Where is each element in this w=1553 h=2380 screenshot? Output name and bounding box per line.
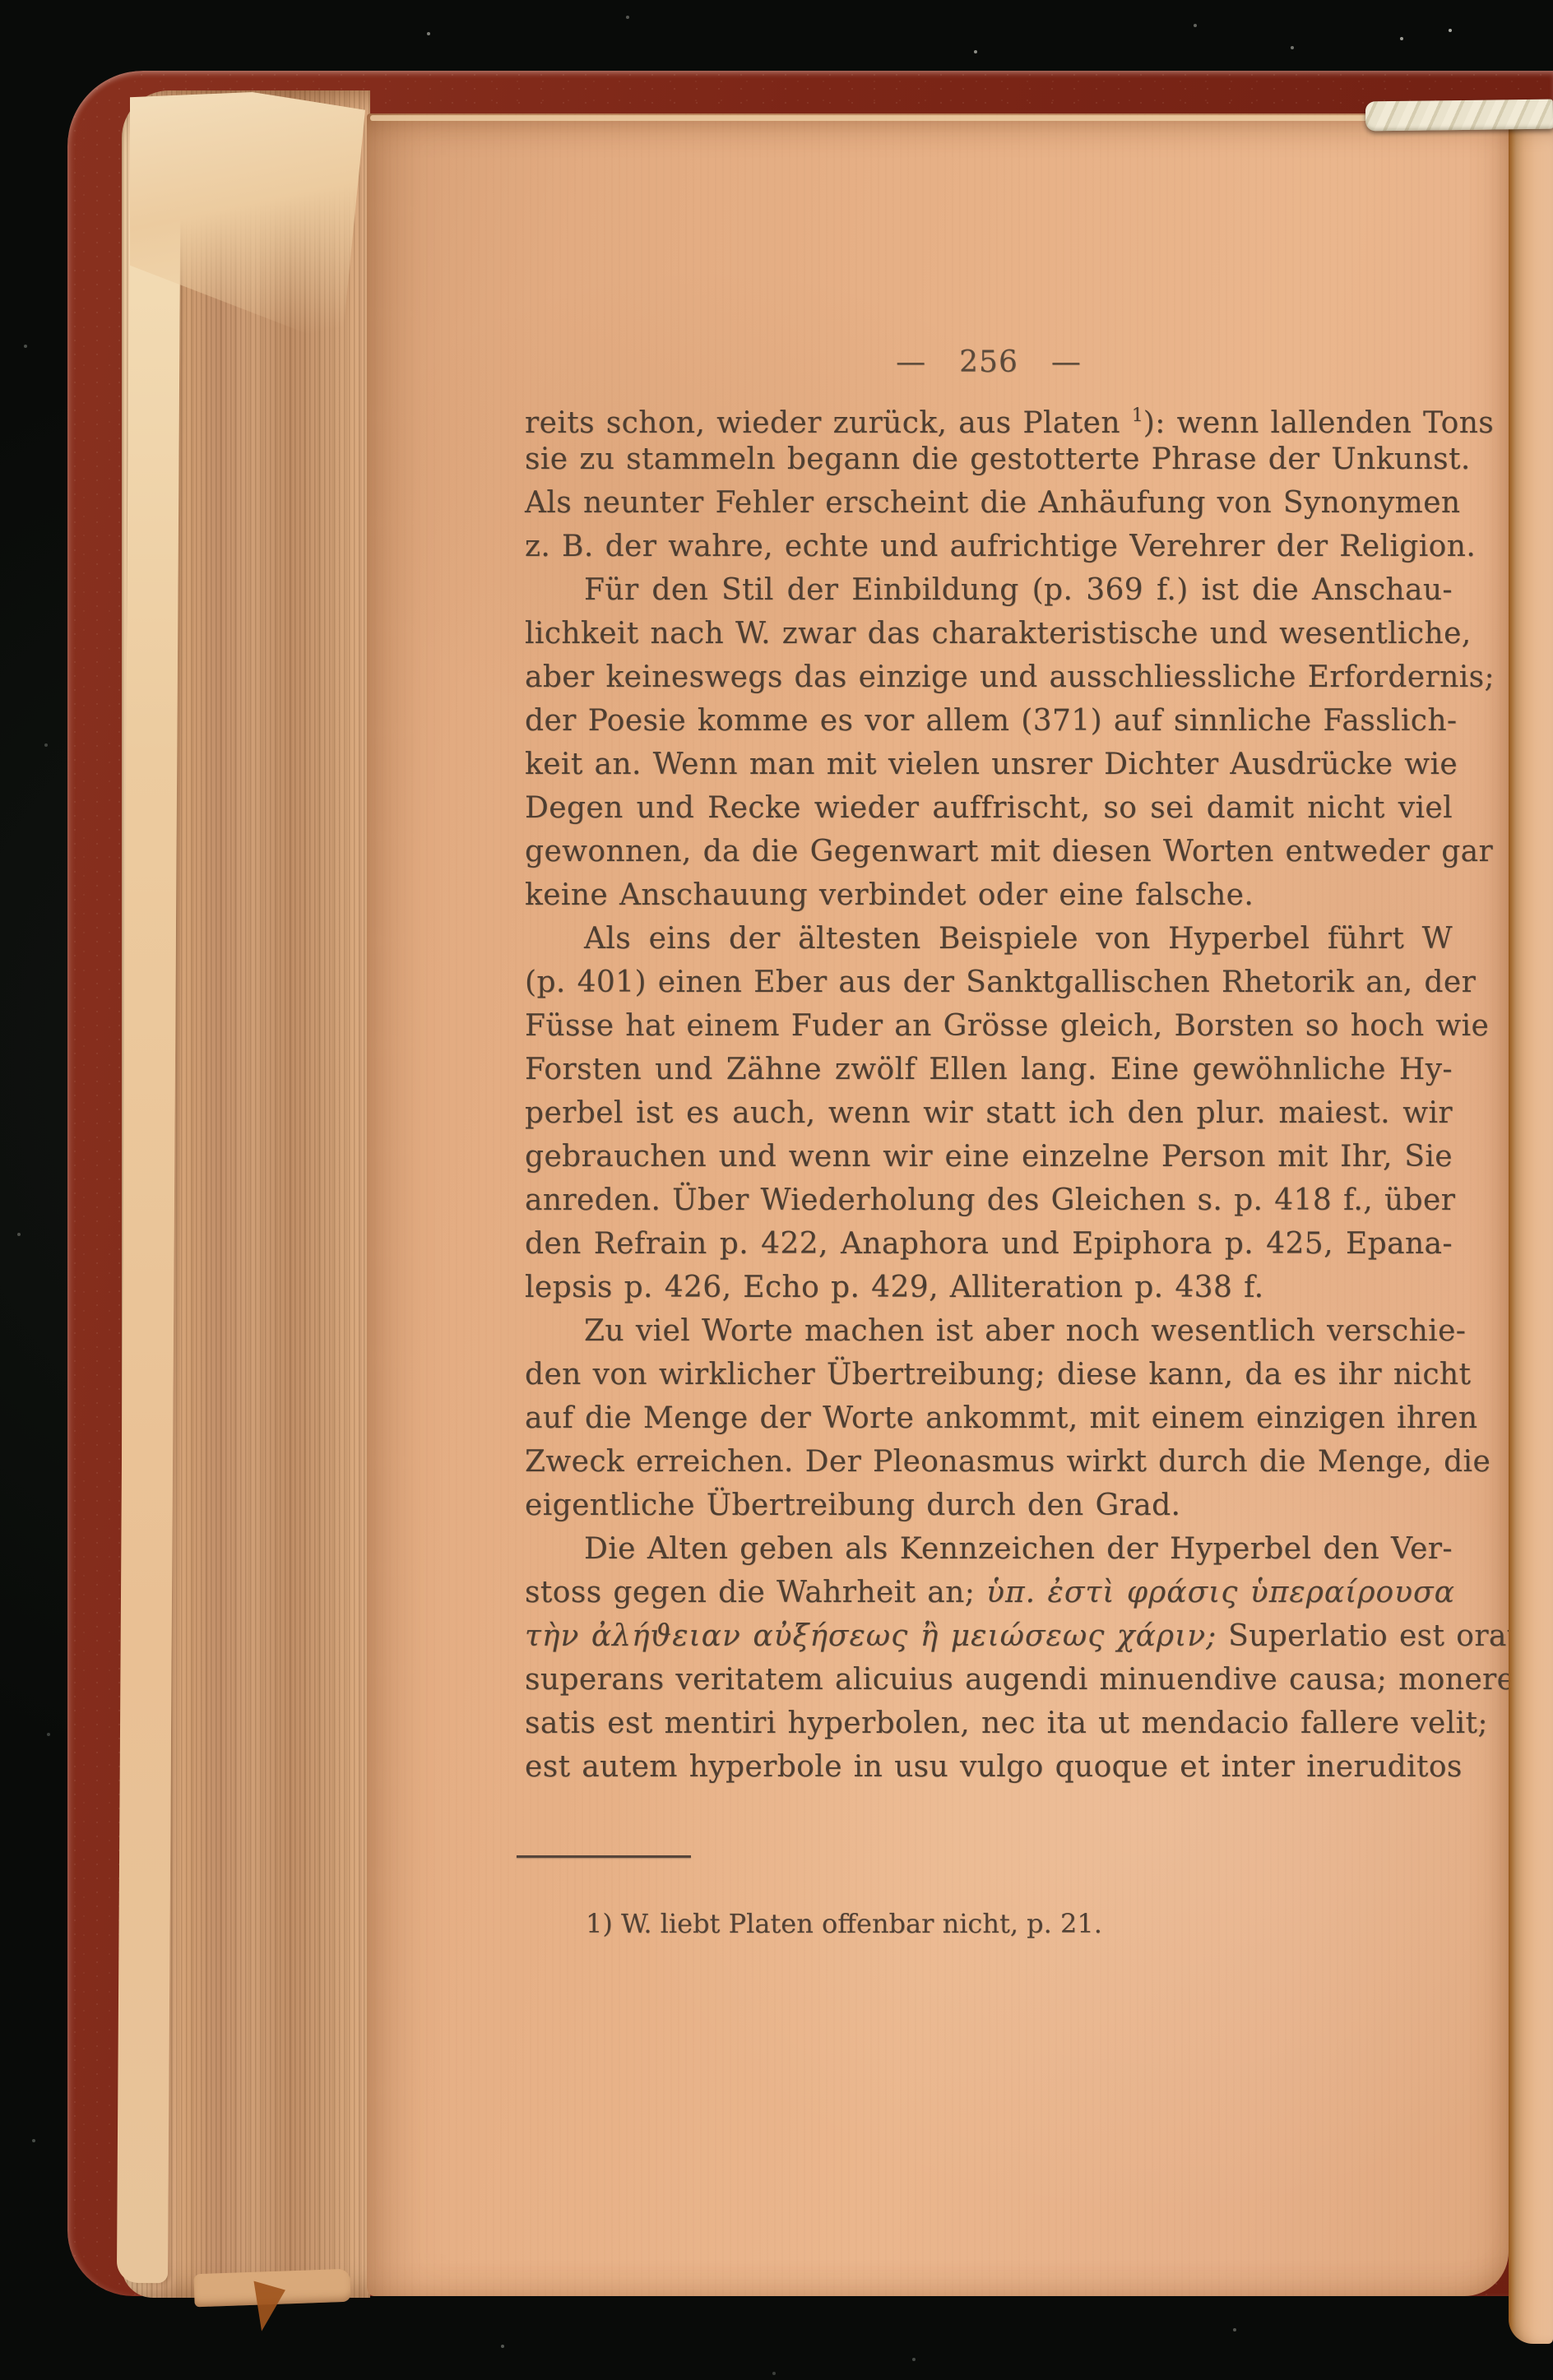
text-line: lepsis p. 426, Echo p. 429, Alliteration…: [525, 1266, 1453, 1309]
page-number-dash-left: —: [896, 345, 926, 379]
text-line: anreden. Über Wiederholung des Gleichen …: [525, 1178, 1453, 1222]
text-line: gebrauchen und wenn wir eine einzelne Pe…: [525, 1135, 1453, 1178]
text-line: Die Alten geben als Kennzeichen der Hype…: [525, 1527, 1453, 1571]
text-line: den von wirklicher Übertreibung; diese k…: [525, 1353, 1453, 1396]
text-line: reits schon, wieder zurück, aus Platen 1…: [525, 394, 1453, 438]
text-line: den Refrain p. 422, Anaphora und Epiphor…: [525, 1222, 1453, 1266]
headband-cloth: [1365, 100, 1553, 132]
text-line: der Poesie komme es vor allem (371) auf …: [525, 699, 1453, 743]
page-number-dash-right: —: [1051, 345, 1082, 379]
text-block: — 256 — reits schon, wieder zurück, aus …: [525, 113, 1453, 2296]
footnote-reference: 1: [1132, 405, 1143, 426]
dust-speckles: [0, 0, 2, 2]
text-line: Forsten und Zähne zwölf Ellen lang. Eine…: [525, 1048, 1453, 1091]
text-line: Als neunter Fehler erscheint die Anhäufu…: [525, 481, 1453, 525]
text-line: perbel ist es auch, wenn wir statt ich d…: [525, 1091, 1453, 1135]
text-line: sie zu stammeln begann die gestotterte P…: [525, 438, 1453, 481]
text-line: aber keineswegs das einzige und ausschli…: [525, 655, 1453, 699]
text-line: keine Anschauung verbindet oder eine fal…: [525, 873, 1453, 917]
scanned-book-photo: { "page": { "number": "256", "dash": "—"…: [0, 0, 1553, 2380]
greek-phrase: τὴν ἀλήϑειαν αὐξήσεως ἢ μειώσεως χάριν;: [525, 1619, 1217, 1653]
text-line: satis est mentiri hyperbolen, nec ita ut…: [525, 1702, 1453, 1745]
text-line: Als eins der ältesten Beispiele von Hype…: [525, 917, 1453, 961]
footnote-text: 1) W. liebt Platen offenbar nicht, p. 21…: [525, 1903, 1453, 1944]
text-line: z. B. der wahre, echte und aufrichtige V…: [525, 525, 1453, 568]
text-line: Zweck erreichen. Der Pleonasmus wirkt du…: [525, 1440, 1453, 1484]
text-line: est autem hyperbole in usu vulgo quoque …: [525, 1745, 1453, 1789]
text-line: gewonnen, da die Gegenwart mit diesen Wo…: [525, 830, 1453, 873]
text-line: eigentliche Übertreibung durch den Grad.: [525, 1484, 1453, 1527]
body-text: reits schon, wieder zurück, aus Platen 1…: [525, 394, 1453, 1789]
text-line: Zu viel Worte machen ist aber noch wesen…: [525, 1309, 1453, 1353]
page-number-row: — 256 —: [525, 345, 1453, 379]
page-top-edge: [370, 115, 1505, 121]
footnote-rule: [517, 1855, 691, 1858]
text-line: Füsse hat einem Fuder an Grösse gleich, …: [525, 1004, 1453, 1048]
text-line: auf die Menge der Worte ankommt, mit ein…: [525, 1396, 1453, 1440]
book-page: — 256 — reits schon, wieder zurück, aus …: [367, 113, 1509, 2296]
text-line: (p. 401) einen Eber aus der Sanktgallisc…: [525, 961, 1453, 1004]
page-number: 256: [959, 345, 1018, 379]
text-line: Degen und Recke wieder auffrischt, so se…: [525, 786, 1453, 830]
greek-phrase: ὑπ. ἐστὶ φράσις ὑπεραίρουσα: [986, 1576, 1455, 1609]
text-line: keit an. Wenn man mit vielen unsrer Dich…: [525, 743, 1453, 786]
next-page-edge: [1509, 120, 1553, 2344]
text-line: lichkeit nach W. zwar das charakteristis…: [525, 612, 1453, 655]
text-line: stoss gegen die Wahrheit an; ὑπ. ἐστὶ φρ…: [525, 1571, 1453, 1614]
text-line: Für den Stil der Einbildung (p. 369 f.) …: [525, 568, 1453, 612]
text-line: τὴν ἀλήϑειαν αὐξήσεως ἢ μειώσεως χάριν; …: [525, 1614, 1453, 1658]
text-line: superans veritatem alicuius augendi minu…: [525, 1658, 1453, 1702]
